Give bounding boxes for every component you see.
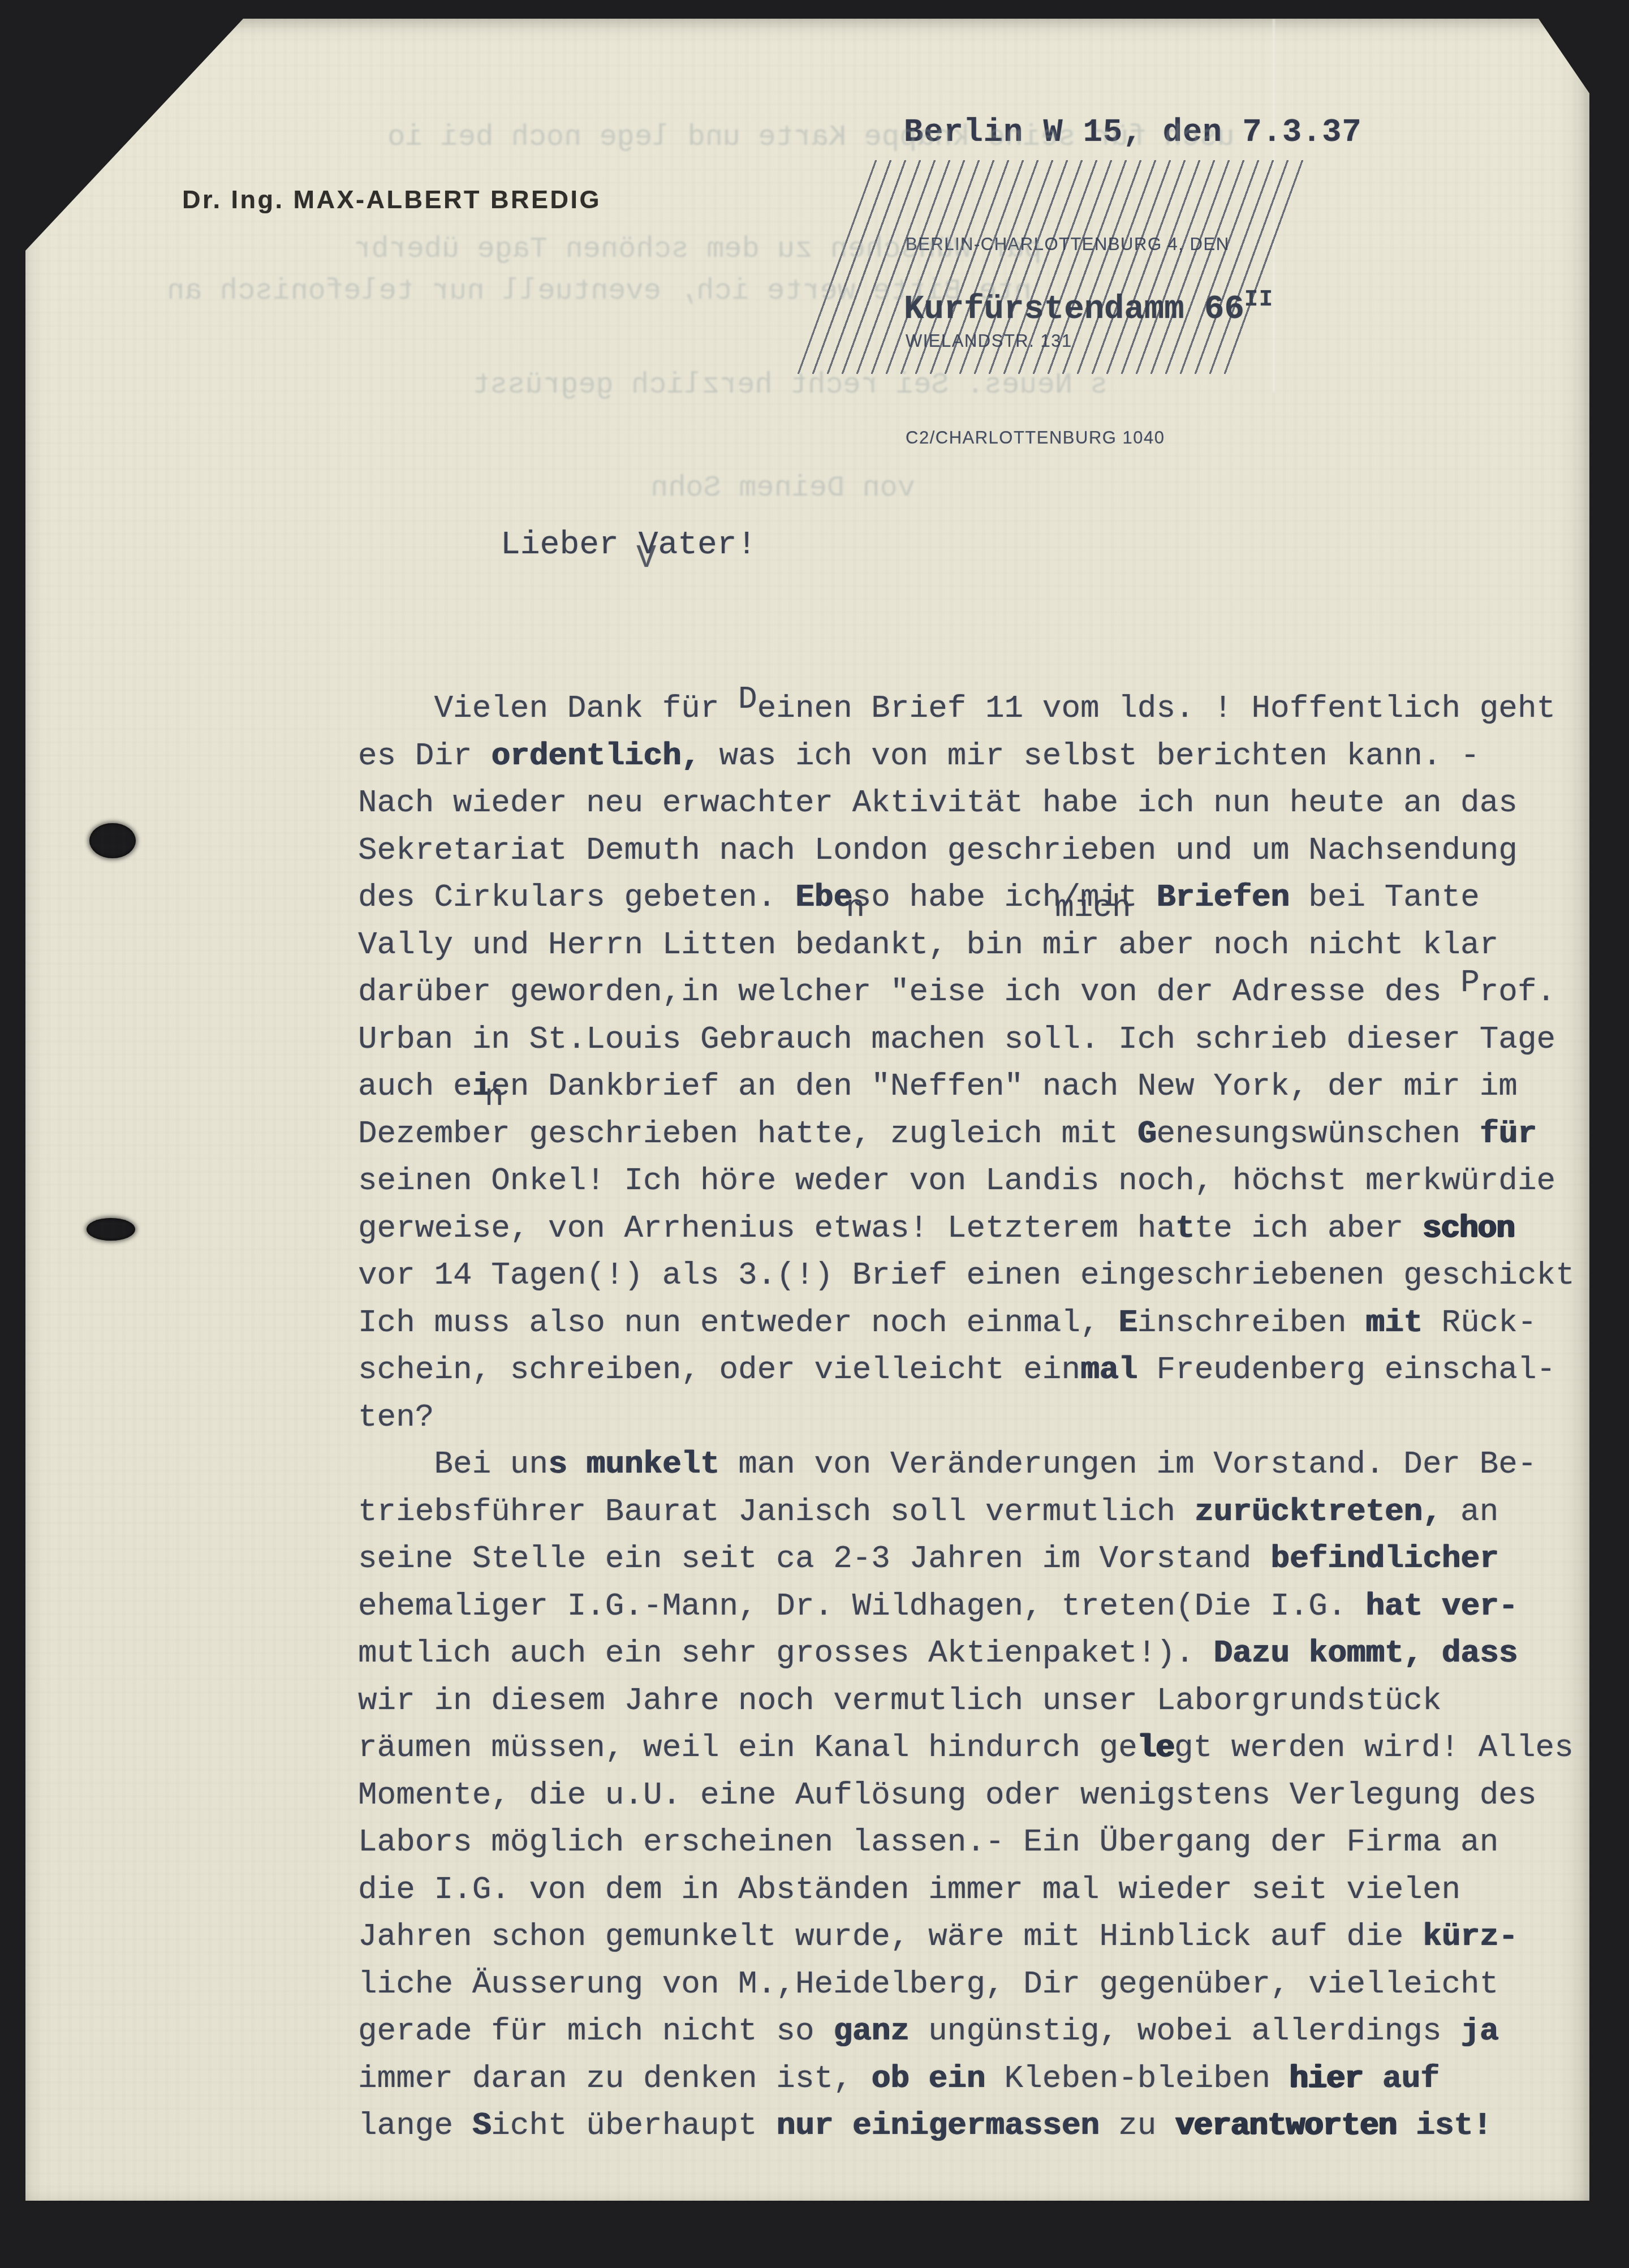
body-line: immer daran zu denken ist, ob ein Kleben… bbox=[358, 2055, 1588, 2103]
bleedthrough-text: par Wünschen zu dem schönen Tage überbr bbox=[354, 233, 1042, 266]
body-line: räumen müssen, weil ein Kanal hindurch g… bbox=[358, 1724, 1588, 1772]
stamp-line-3: C2/CHARLOTTENBURG 1040 bbox=[906, 421, 1230, 454]
floor-superscript: II bbox=[1244, 287, 1274, 313]
body-line: ehemaliger I.G.-Mann, Dr. Wildhagen, tre… bbox=[358, 1583, 1588, 1630]
body-line: gerade für mich nicht so ganz ungünstig,… bbox=[358, 2008, 1588, 2055]
letterhead-name: Dr. Ing. MAX-ALBERT BREDIG bbox=[182, 185, 601, 214]
body-line: Momente, die u.U. eine Auflösung oder we… bbox=[358, 1772, 1588, 1819]
body-line: wir in diesem Jahre noch vermutlich unse… bbox=[358, 1677, 1588, 1725]
body-line: gerweise, von Arrhenius etwas! Letzterem… bbox=[358, 1205, 1588, 1253]
body-line: die I.G. von dem in Abständen immer mal … bbox=[358, 1866, 1588, 1914]
body-line: Dezember geschrieben hatte, zugleich mit… bbox=[358, 1111, 1588, 1158]
bleedthrough-text: s Neues. Sei recht herzlich gegrüsst bbox=[472, 368, 1107, 402]
punch-hole bbox=[89, 823, 136, 858]
letter-body: Vielen Dank für Deinen Brief 11 vom lds.… bbox=[358, 685, 1588, 2150]
body-line: ten? bbox=[358, 1394, 1588, 1441]
bleedthrough-text: nte Bitte werte ich, eventuell nur telef… bbox=[167, 274, 1032, 308]
body-line: Vally und Herrn Litten bedankt, bin mir … bbox=[358, 922, 1588, 969]
letter-paper: Dr. Ing. MAX-ALBERT BREDIG Berlin W 15, … bbox=[25, 19, 1589, 2201]
bleedthrough-text: von Deinem Sohn bbox=[650, 471, 915, 505]
body-line: Labors möglich erscheinen lassen.- Ein Ü… bbox=[358, 1819, 1588, 1866]
body-line: Ich muss also nun entweder noch einmal, … bbox=[358, 1299, 1588, 1347]
body-line: auch einen Dankbrief an den "Neffen" nac… bbox=[358, 1063, 1588, 1111]
body-line: es Dir ordentlich, was ich von mir selbs… bbox=[358, 733, 1588, 780]
body-line: des Cirkulars gebeten. Ebenso habe ichmi… bbox=[358, 874, 1588, 922]
body-line: schein, schreiben, oder vielleicht einma… bbox=[358, 1346, 1588, 1394]
body-line: Vielen Dank für Deinen Brief 11 vom lds.… bbox=[358, 685, 1588, 733]
body-line: Nach wieder neu erwachter Aktivität habe… bbox=[358, 780, 1588, 827]
punch-hole bbox=[87, 1218, 135, 1241]
body-line: seine Stelle ein seit ca 2-3 Jahren im V… bbox=[358, 1535, 1588, 1583]
body-line: Jahren schon gemunkelt wurde, wäre mit H… bbox=[358, 1913, 1588, 1961]
body-line: Bei uns munkelt man von Veränderungen im… bbox=[358, 1441, 1588, 1488]
body-line: triebsführer Baurat Janisch soll vermutl… bbox=[358, 1488, 1588, 1536]
body-line: darüber geworden,in welcher "eise ich vo… bbox=[358, 969, 1588, 1016]
body-line: Sekretariat Demuth nach London geschrieb… bbox=[358, 827, 1588, 875]
salutation: Lieber VVater! bbox=[501, 527, 756, 563]
body-line: mutlich auch ein sehr grosses Aktienpake… bbox=[358, 1630, 1588, 1677]
body-line: lange Sicht überhaupt nur einigermassen … bbox=[358, 2102, 1588, 2150]
scan-background: Dr. Ing. MAX-ALBERT BREDIG Berlin W 15, … bbox=[0, 0, 1629, 2268]
body-line: seinen Onkel! Ich höre weder von Landis … bbox=[358, 1157, 1588, 1205]
body-line: vor 14 Tagen(!) als 3.(!) Brief einen ei… bbox=[358, 1252, 1588, 1299]
bleedthrough-text: usch für seine knappe Karte und lege noc… bbox=[387, 120, 1235, 154]
stamp-strikethrough-hatching bbox=[797, 160, 1311, 374]
body-line: Urban in St.Louis Gebrauch machen soll. … bbox=[358, 1016, 1588, 1064]
body-line: liche Äusserung von M.,Heidelberg, Dir g… bbox=[358, 1961, 1588, 2008]
